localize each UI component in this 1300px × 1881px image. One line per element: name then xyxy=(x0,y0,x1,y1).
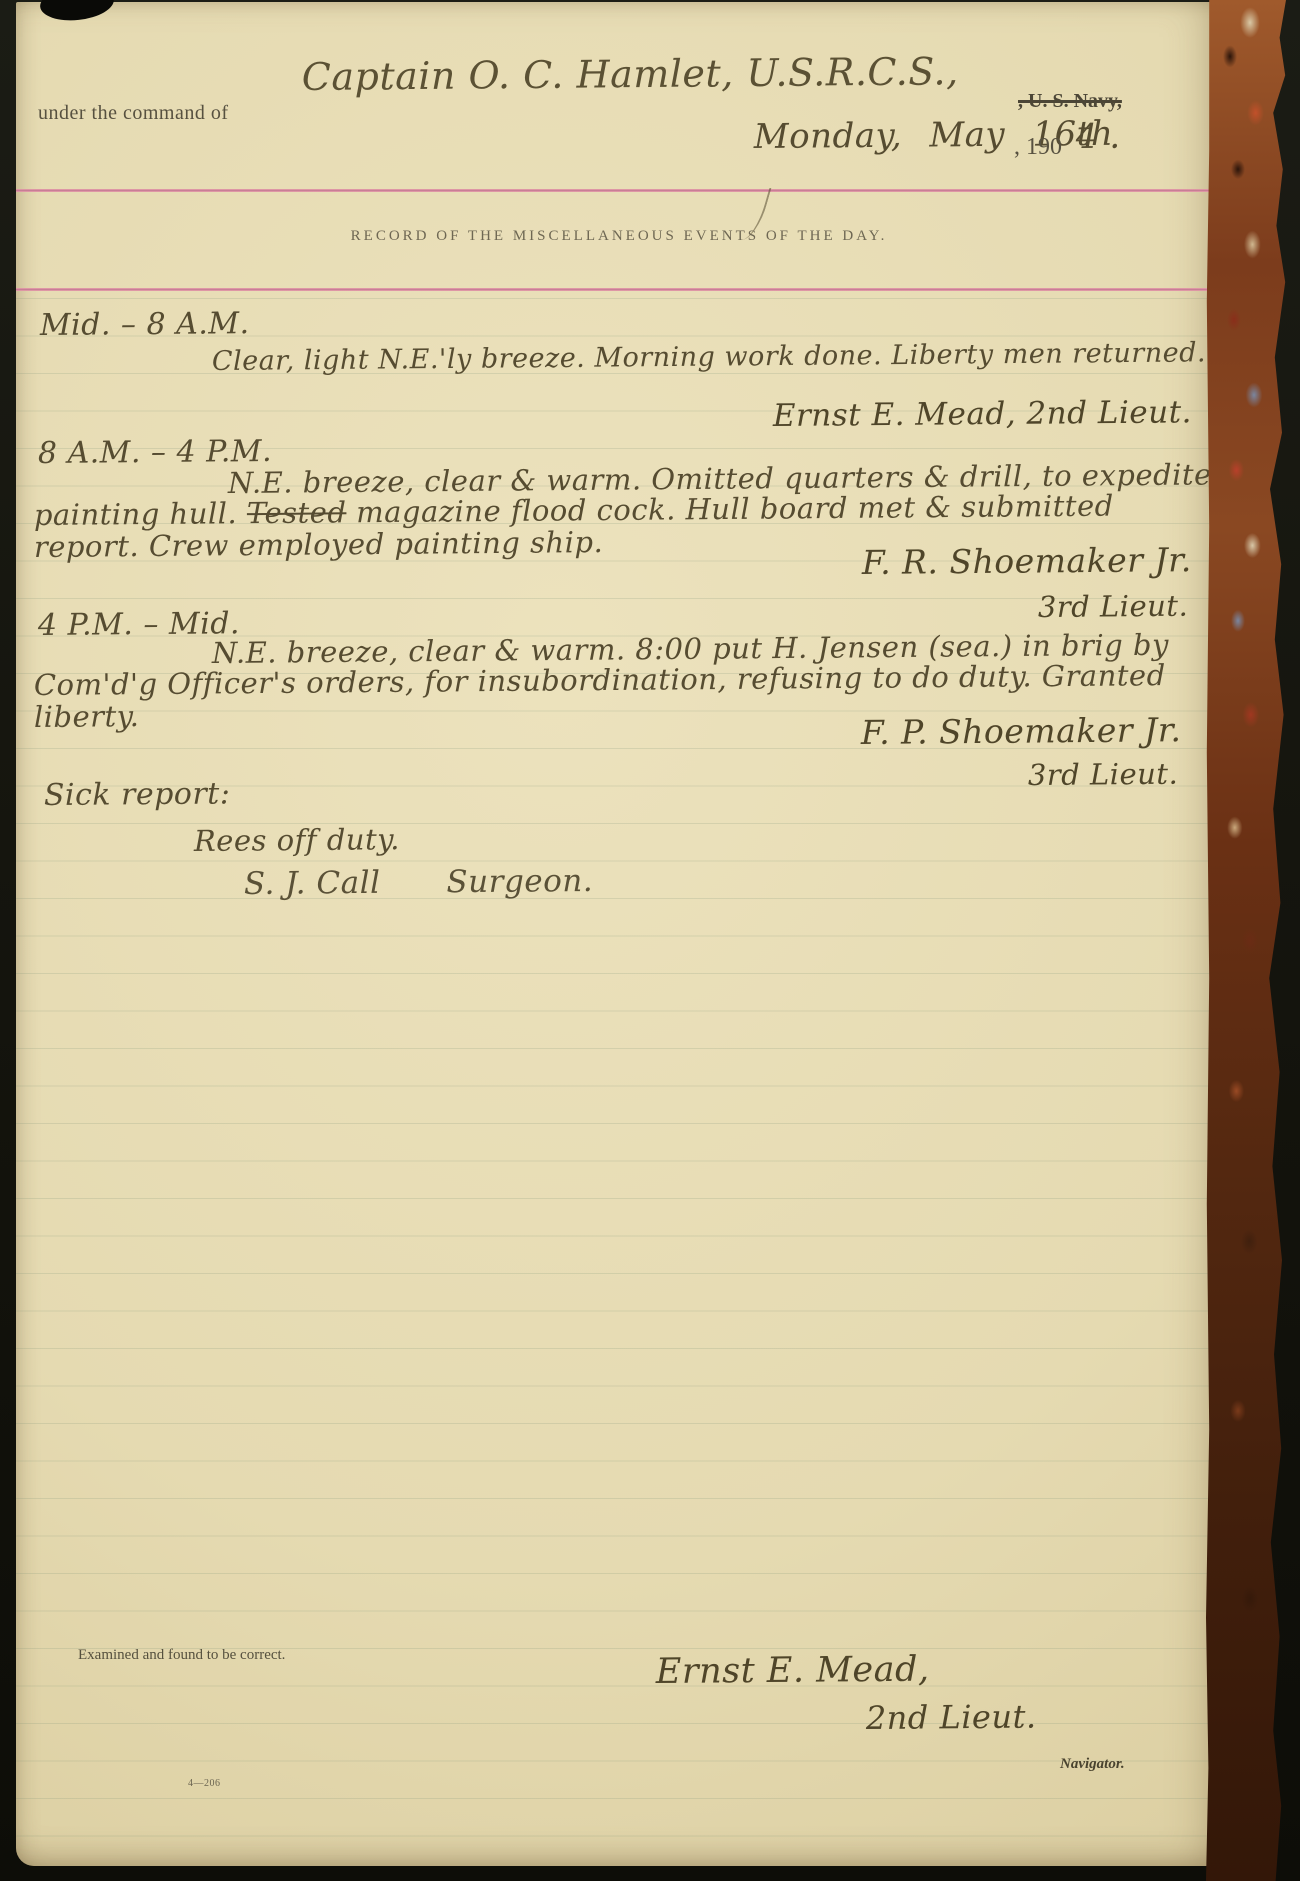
entry-signature-rank: 3rd Lieut. xyxy=(1027,759,1178,791)
entry-line-segment: magazine flood cock. Hull board met & su… xyxy=(346,489,1114,530)
signature-gap xyxy=(381,892,447,893)
book-binding-edge xyxy=(1206,0,1286,1881)
sick-report-label: Sick report: xyxy=(44,778,231,811)
commander-name-script: Captain O. C. Hamlet, U.S.R.C.S., xyxy=(302,52,959,98)
entry-signature: Ernst E. Mead, 2nd Lieut. xyxy=(773,396,1192,432)
entry-line-segment: painting hull. xyxy=(34,496,247,532)
entry-line: report. Crew employed painting ship. xyxy=(34,527,604,562)
surgeon-signature: S. J. CallSurgeon. xyxy=(244,865,594,901)
navigator-signature-name: Ernst E. Mead, xyxy=(656,1652,930,1691)
entry-time-range: 8 A.M. – 4 P.M. xyxy=(38,436,272,470)
year-script: 4 . xyxy=(1076,120,1121,156)
struck-word: Tested xyxy=(247,495,347,530)
logbook-scan: under the command of Captain O. C. Hamle… xyxy=(0,0,1300,1881)
navigator-label: Navigator. xyxy=(1060,1756,1125,1773)
entry-time-range: 4 P.M. – Mid. xyxy=(38,608,240,641)
form-number: 4—206 xyxy=(188,1778,221,1789)
command-prefix-text: under the command of xyxy=(38,102,229,125)
entry-line: Clear, light N.E.'ly breeze. Morning wor… xyxy=(212,339,1206,376)
examined-correct-text: Examined and found to be correct. xyxy=(78,1647,285,1664)
navigator-signature-rank: 2nd Lieut. xyxy=(866,1701,1037,1736)
entry-signature-name: F. R. Shoemaker Jr. xyxy=(862,543,1192,581)
surgeon-signature-rank: Surgeon. xyxy=(446,863,593,900)
struck-navy-text: , U. S. Navy, xyxy=(1018,90,1122,113)
entry-line: liberty. xyxy=(34,701,140,732)
sick-report-line: Rees off duty. xyxy=(194,824,400,856)
entry-signature-rank: 3rd Lieut. xyxy=(1037,591,1188,623)
entry-line: Com'd'g Officer's orders, for insubordin… xyxy=(34,660,1166,700)
pink-rule-bottom xyxy=(16,288,1222,291)
logbook-page: under the command of Captain O. C. Hamle… xyxy=(16,2,1222,1866)
pink-rule-top xyxy=(16,189,1222,192)
year-printed: , 190 xyxy=(1014,134,1062,161)
surgeon-signature-name: S. J. Call xyxy=(244,865,381,902)
entry-signature-name: F. P. Shoemaker Jr. xyxy=(861,713,1182,750)
section-title: RECORD OF THE MISCELLANEOUS EVENTS OF TH… xyxy=(16,228,1222,245)
entry-time-range: Mid. – 8 A.M. xyxy=(40,308,250,341)
